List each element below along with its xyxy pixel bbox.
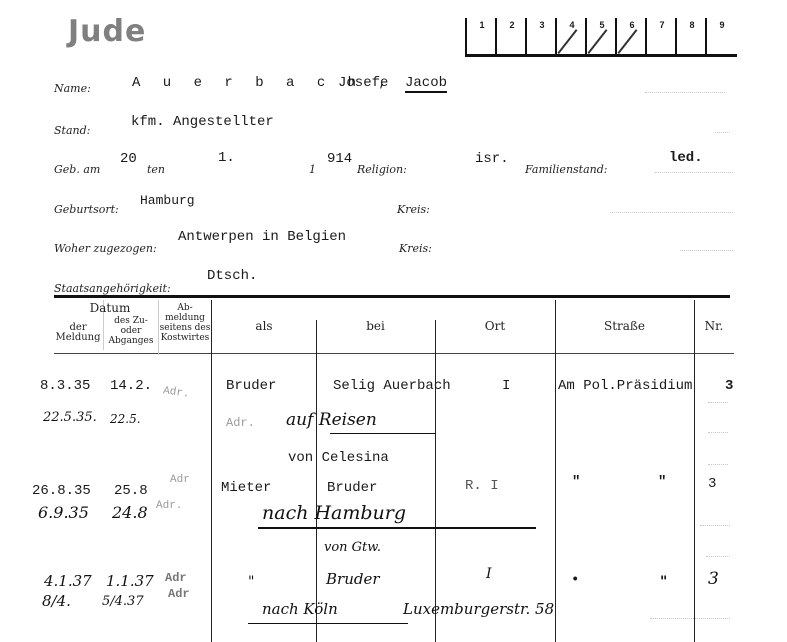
- family-status-label: Familienstand:: [525, 163, 607, 176]
- citizenship-value: Dtsch.: [207, 268, 257, 284]
- religion-label: Religion:: [357, 163, 407, 176]
- birth-label: Geb. am: [54, 163, 100, 176]
- birth-month: 1.: [218, 150, 235, 166]
- table-header-rule: [54, 353, 734, 354]
- row-hand-zugang: 5/4.37: [102, 594, 144, 609]
- header-abmeldung: Ab- meldung seitens des Kostwirtes: [158, 303, 212, 343]
- header-ort: Ort: [435, 321, 555, 331]
- header-als: als: [212, 321, 316, 331]
- table-top-rule: [54, 295, 730, 298]
- box-number: 5: [587, 20, 617, 30]
- stand-value: kfm. Angestellter: [131, 114, 274, 130]
- box-number: 4: [557, 20, 587, 30]
- row-abmeldung-stamp: Adr: [170, 474, 190, 486]
- row-note-address: Luxemburgerstr. 58: [403, 600, 554, 618]
- birthplace-value: Hamburg: [140, 193, 195, 208]
- row-ort: R. I: [465, 478, 499, 494]
- row-abmeldung-stamp-2: Adr.: [156, 500, 182, 512]
- row-als: Mieter: [221, 480, 271, 496]
- stand-label: Stand:: [54, 124, 90, 137]
- row-hand-zugang: 24.8: [112, 503, 148, 522]
- jude-stamp: Jude: [68, 14, 146, 49]
- cross-mark-icon: [587, 29, 607, 54]
- row-strasse-ditto-b: ": [660, 574, 667, 590]
- box-number: 6: [617, 20, 647, 30]
- citizenship-label: Staatsangehörigkeit:: [54, 282, 171, 295]
- birthplace-kreis-label: Kreis:: [397, 203, 430, 216]
- row-meldung: 8.3.35: [40, 378, 90, 394]
- box-number: 2: [497, 20, 527, 30]
- row-nr: 3: [708, 476, 716, 492]
- row-strasse-ditto-b: ": [658, 474, 666, 490]
- cross-mark-icon: [617, 29, 637, 54]
- box-number: 3: [527, 20, 557, 30]
- birthplace-label: Geburtsort:: [54, 203, 119, 216]
- religion-value: isr.: [475, 151, 509, 167]
- given-name-underlined: Jacob: [405, 75, 447, 93]
- origin-value: Antwerpen in Belgien: [178, 229, 346, 245]
- box-number: 1: [467, 20, 497, 30]
- row-bei: Bruder: [326, 570, 380, 588]
- row-nr: 3: [725, 378, 733, 394]
- row-bei: Selig Auerbach: [333, 378, 451, 394]
- birth-day: 20: [120, 151, 137, 167]
- row-abmeldung-stamp-2: Adr: [168, 587, 190, 601]
- row-note-handwritten: auf Reisen: [286, 410, 377, 430]
- row-ort: I: [502, 378, 510, 394]
- row-strasse-ditto-a: •: [571, 572, 579, 588]
- header-bei: bei: [316, 321, 435, 331]
- row-zugang: 25.8: [114, 483, 148, 499]
- row-ort: I: [486, 566, 492, 582]
- row-als: Bruder: [226, 378, 276, 394]
- header-des-zugangs: des Zu- oder Abganges: [104, 316, 158, 346]
- row-zugang: 1.1.37: [106, 572, 154, 590]
- row-note-handwritten: nach Köln: [262, 600, 338, 618]
- birth-year: 914: [327, 151, 352, 167]
- row-pre-note: von Celesina: [288, 450, 389, 466]
- row-als-ditto: ": [248, 574, 254, 590]
- header-nr: Nr.: [694, 321, 734, 331]
- name-label: Name:: [54, 82, 91, 95]
- header-strasse: Straße: [555, 321, 694, 331]
- row-strasse-ditto-a: ": [572, 474, 580, 490]
- row-hand-meldung: 22.5.35.: [43, 410, 97, 425]
- birth-year-prefix: 1: [309, 163, 316, 176]
- origin-label: Woher zugezogen:: [54, 242, 157, 255]
- row-pre-note: von Gtw.: [324, 540, 381, 555]
- row-strasse: Am Pol.Präsidium: [558, 378, 692, 394]
- row-meldung: 26.8.35: [32, 483, 91, 499]
- row-abmeldung-stamp: Adr: [165, 571, 187, 585]
- row-note-handwritten: nach Hamburg: [262, 502, 406, 524]
- family-status-value: led.: [669, 150, 703, 166]
- row-meldung: 4.1.37: [44, 572, 92, 590]
- box-number: 9: [707, 20, 737, 30]
- number-box-row: 1 2 3 4 5 6 7 8 9: [465, 18, 737, 56]
- row-hand-meldung: 8/4.: [42, 592, 71, 610]
- row-hand-zugang: 22.5.: [110, 412, 141, 426]
- birth-day-suffix: ten: [147, 163, 165, 176]
- row-hand-meldung: 6.9.35: [38, 503, 89, 522]
- header-datum: Datum: [70, 303, 150, 313]
- row-zugang: 14.2.: [110, 378, 152, 394]
- row-bei: Bruder: [327, 480, 377, 496]
- header-der-meldung: der Meldung: [52, 323, 104, 343]
- row-nr: 3: [708, 569, 719, 589]
- row-note-prefix: Adr.: [226, 416, 255, 430]
- box-number: 8: [677, 20, 707, 30]
- box-number: 7: [647, 20, 677, 30]
- given-name-value: Josefe: [338, 75, 388, 91]
- row-abmeldung-stamp: Adr.: [162, 385, 190, 401]
- origin-kreis-label: Kreis:: [399, 242, 432, 255]
- cross-mark-icon: [557, 29, 577, 54]
